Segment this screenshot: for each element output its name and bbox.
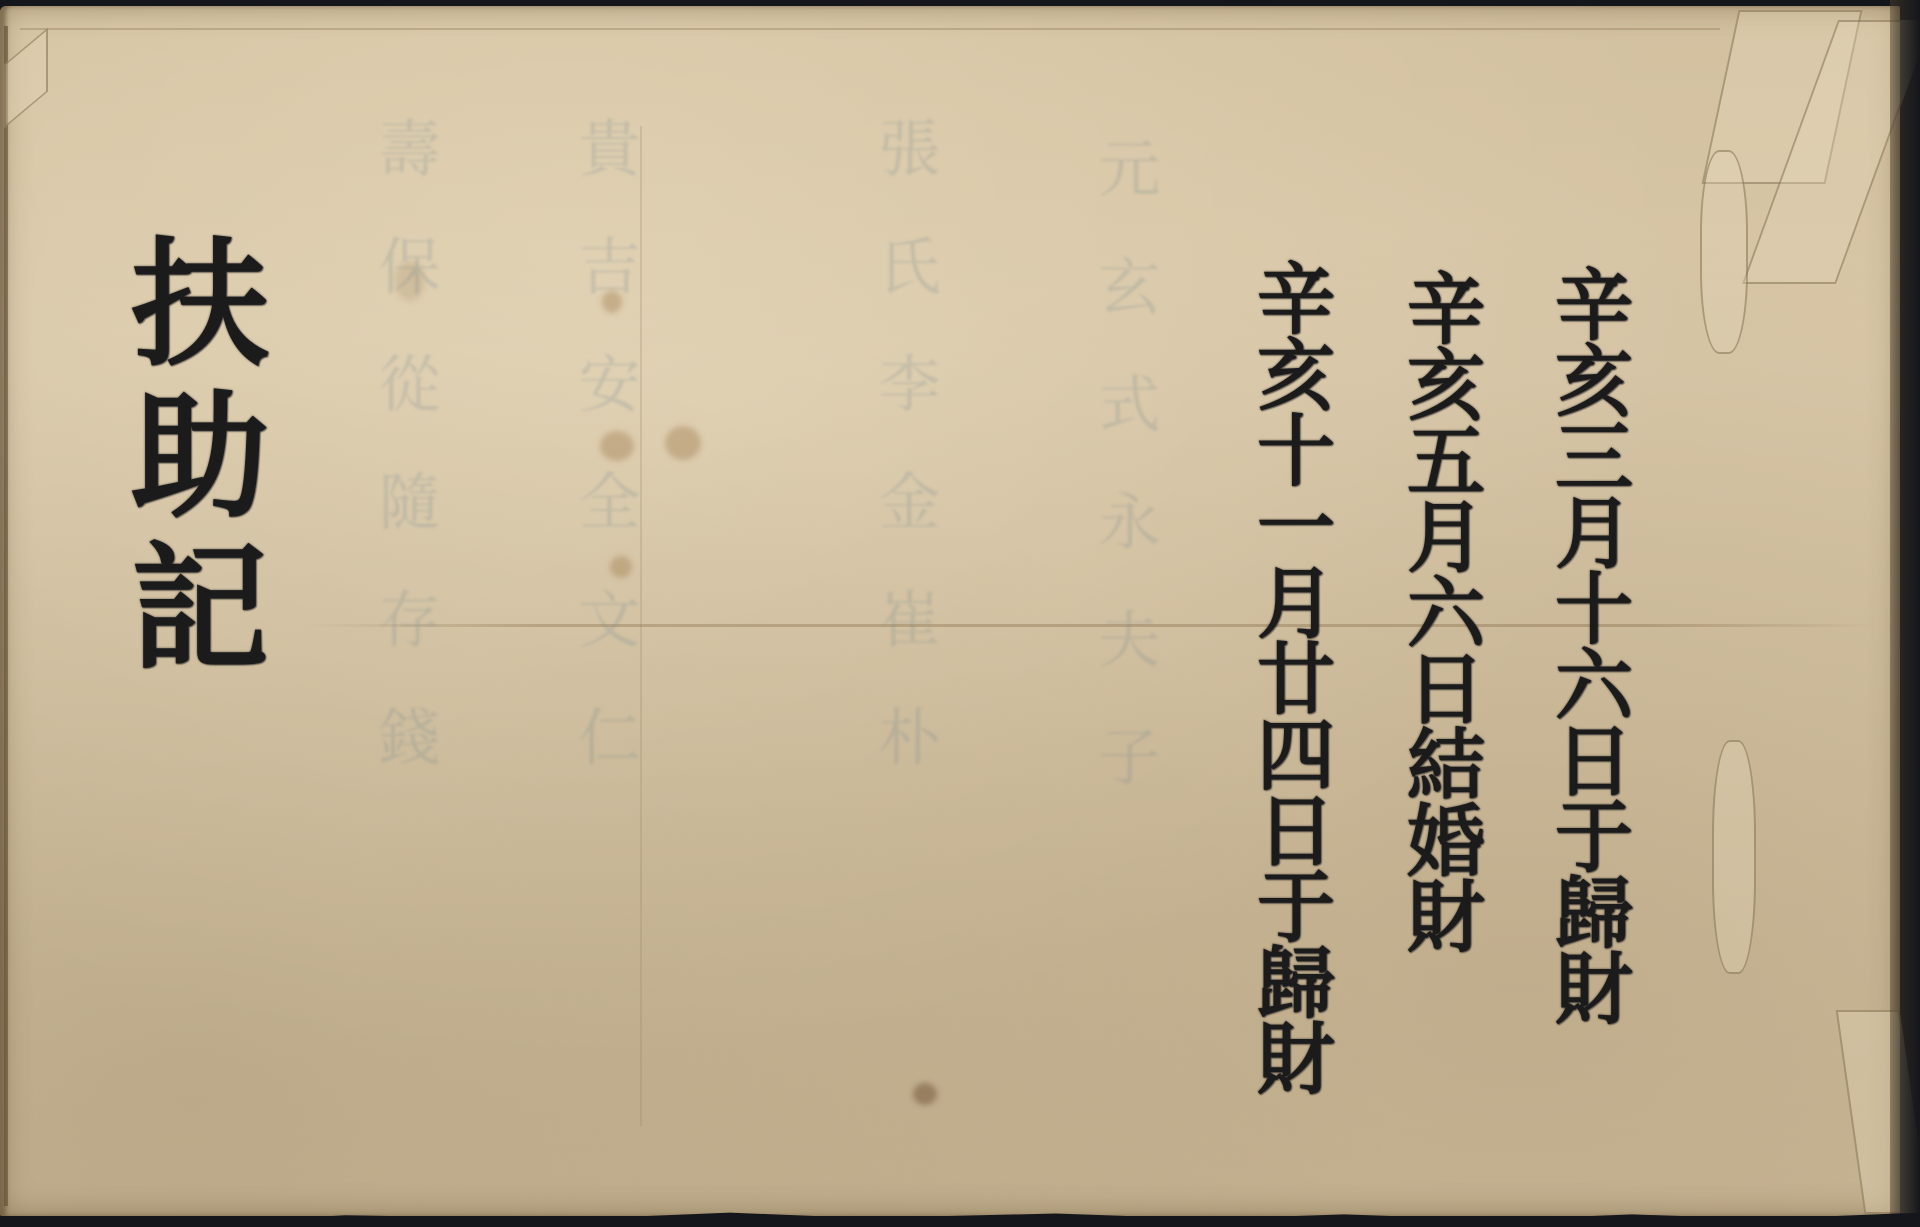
torn-binding-edge [1680,0,1920,1227]
entry-left: 辛亥十一月廿四日于歸財 [1250,258,1328,1094]
binding-fold [1712,740,1756,974]
bleed-through-column: 元 玄 式 永 夫 子 [1080,136,1169,805]
page-left-edge [4,26,8,1206]
stain [913,1083,937,1105]
entry-middle: 辛亥五月六日結婚財 [1400,268,1478,952]
bleed-through-column: 貴 吉 安 全 文 仁 [560,116,649,785]
binding-shadow [1890,0,1920,1227]
bleed-through-column: 張 氏 李 金 崔 朴 [860,116,949,785]
top-crease [20,28,1720,30]
stain [665,426,701,460]
document-page: 壽 保 從 隨 存 錢 貴 吉 安 全 文 仁 張 氏 李 金 崔 朴 元 玄 … [0,6,1900,1216]
entry-right: 辛亥三月十六日于歸財 [1548,264,1626,1024]
bleed-through-column: 壽 保 從 隨 存 錢 [360,116,449,785]
document-title: 扶助記 [120,231,258,687]
top-left-corner-fold [4,28,48,129]
binding-fold [1700,150,1748,354]
